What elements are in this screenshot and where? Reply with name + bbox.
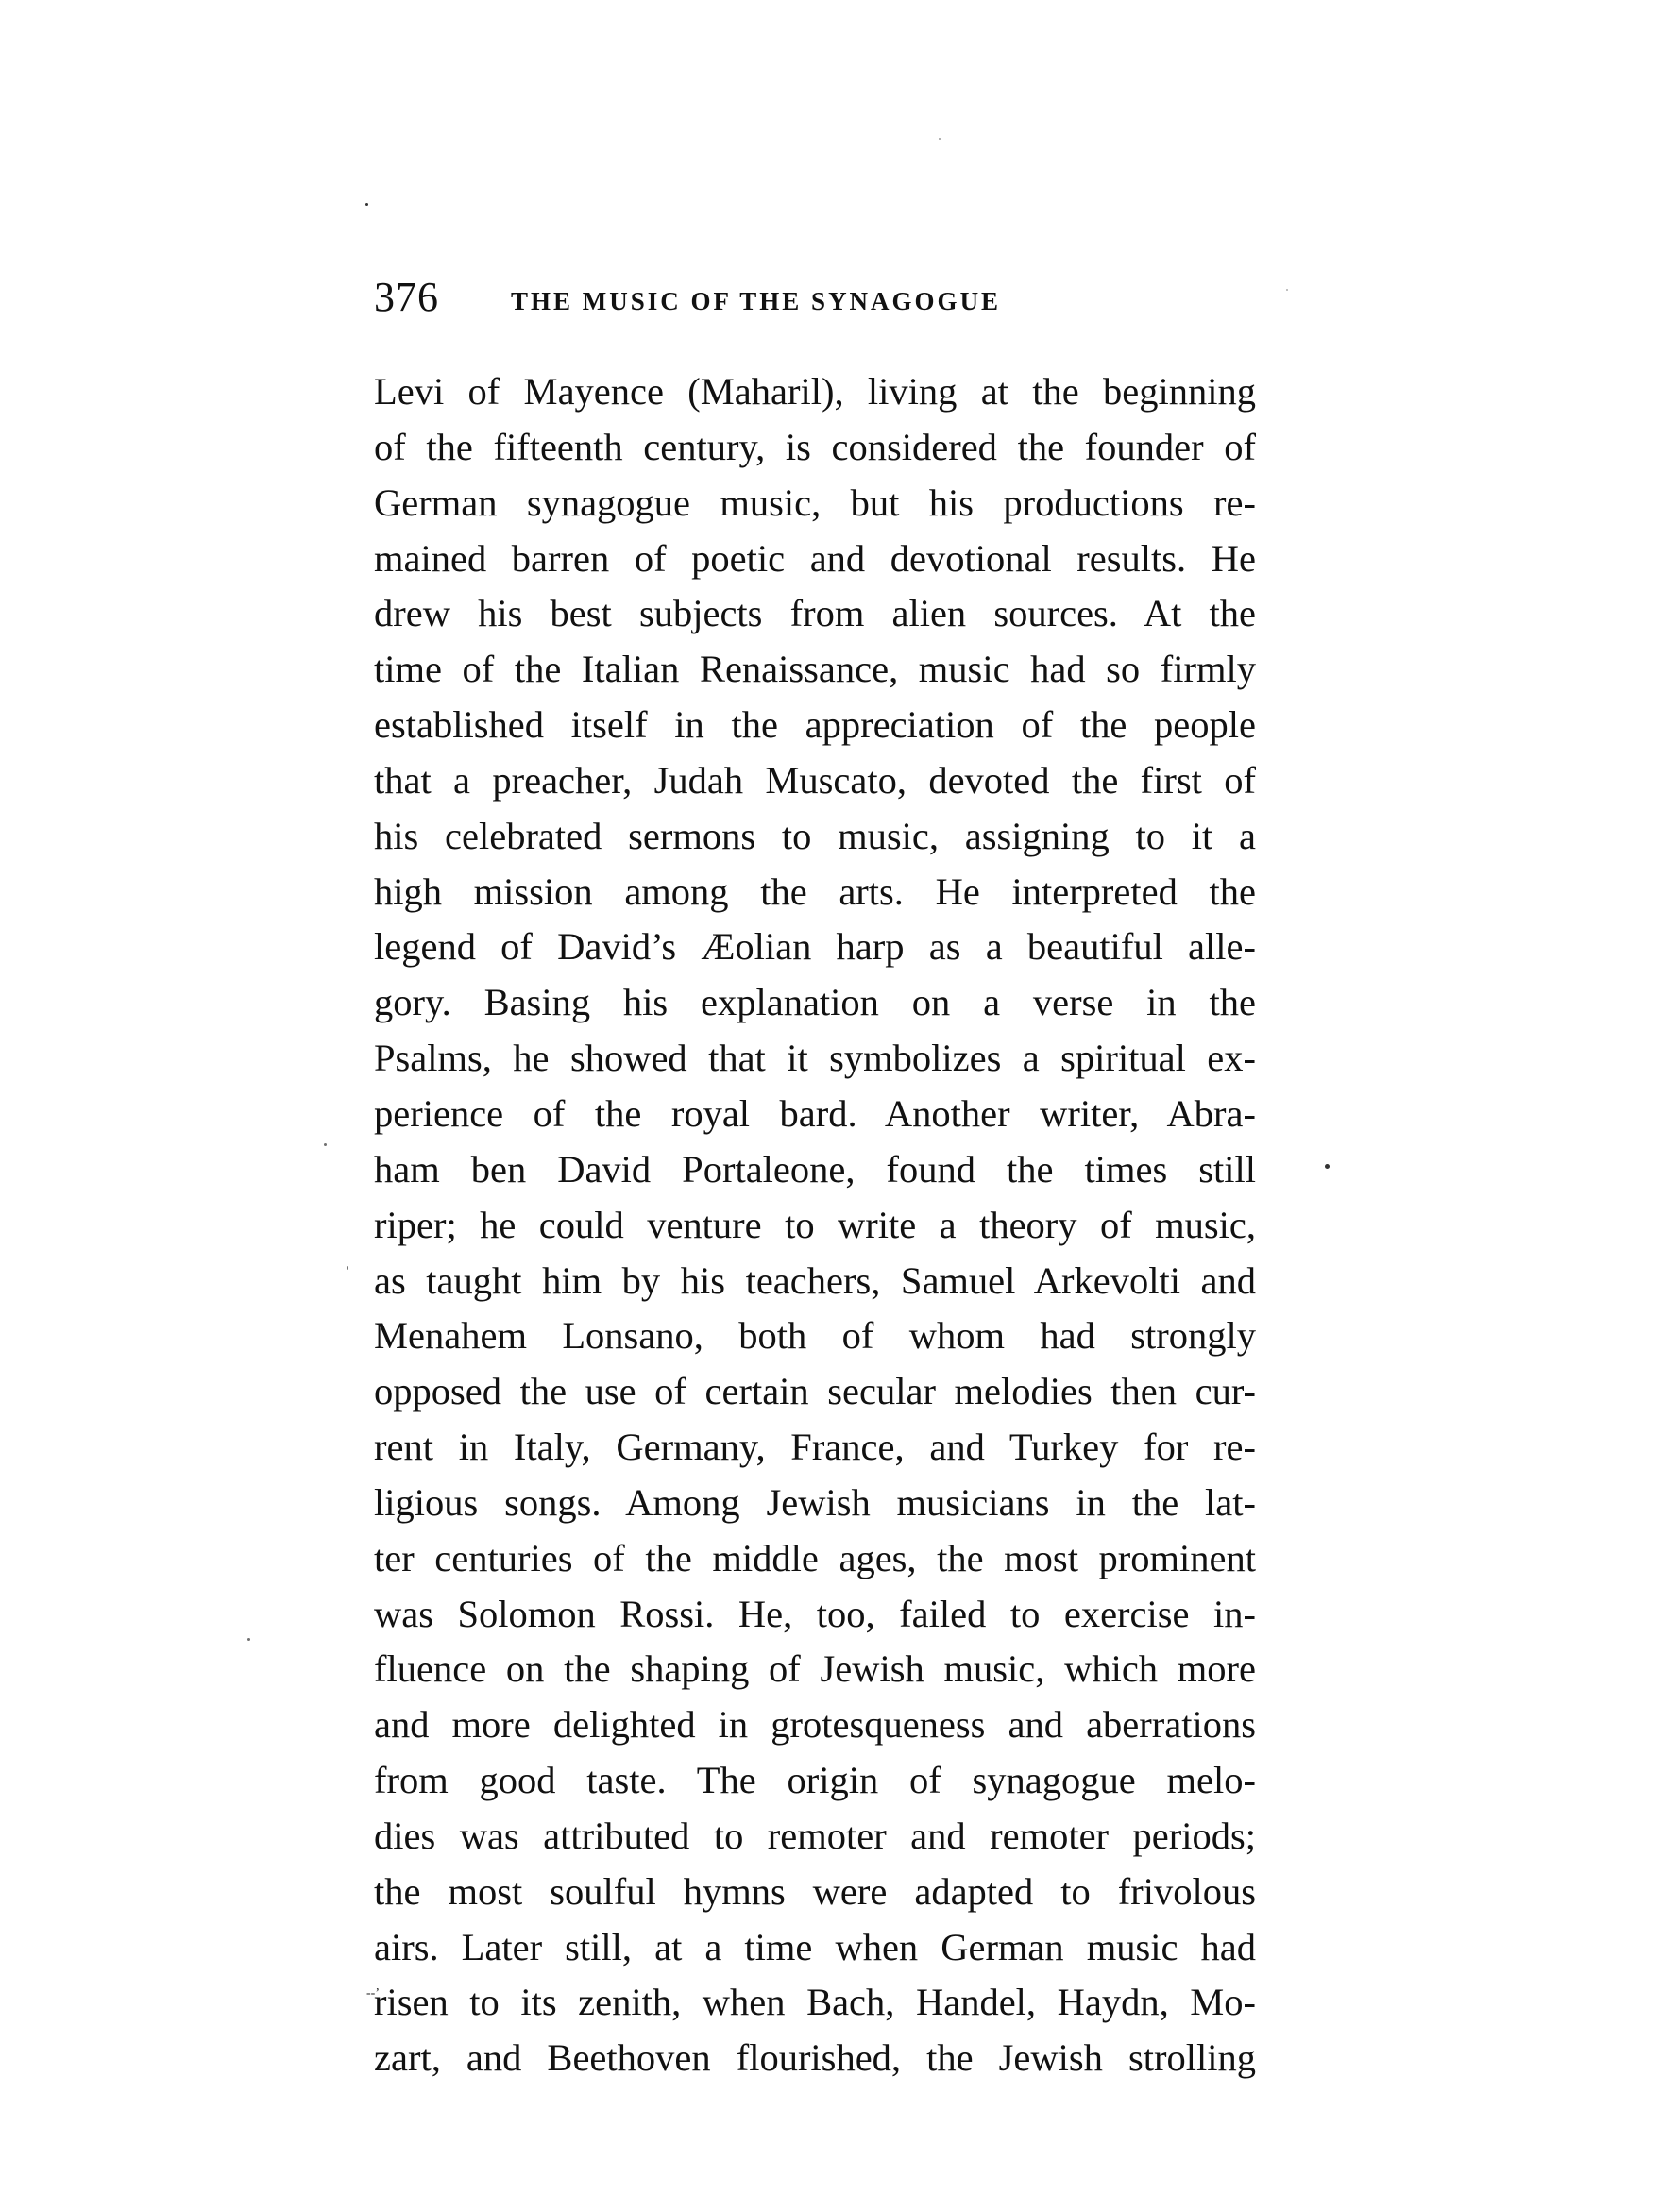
text-line: of the fifteenth century, is considered … bbox=[374, 420, 1256, 476]
text-line: that a preacher, Judah Muscato, devoted … bbox=[374, 753, 1256, 809]
text-line: Menahem Lonsano, both of whom had strong… bbox=[374, 1309, 1256, 1364]
text-line: dies was attributed to remoter and remot… bbox=[374, 1809, 1256, 1865]
text-line: Psalms, he showed that it symbolizes a s… bbox=[374, 1031, 1256, 1087]
text-line: riper; he could venture to write a theor… bbox=[374, 1198, 1256, 1254]
text-line: ligious songs. Among Jewish musicians in… bbox=[374, 1476, 1256, 1531]
text-line: from good taste. The origin of synagogue… bbox=[374, 1753, 1256, 1809]
text-line: time of the Italian Renaissance, music h… bbox=[374, 642, 1256, 698]
text-line: his celebrated sermons to music, assigni… bbox=[374, 809, 1256, 865]
text-line: rent in Italy, Germany, France, and Turk… bbox=[374, 1420, 1256, 1476]
text-line: the most soulful hymns were adapted to f… bbox=[374, 1865, 1256, 1920]
running-title: THE MUSIC OF THE SYNAGOGUE bbox=[511, 275, 1001, 328]
running-head: 376 THE MUSIC OF THE SYNAGOGUE bbox=[374, 269, 1262, 326]
body-paragraph: Levi of Mayence (Maharil), living at the… bbox=[374, 364, 1256, 2086]
scan-speck bbox=[939, 138, 941, 140]
text-line: mained barren of poetic and devotional r… bbox=[374, 532, 1256, 587]
scan-speck bbox=[247, 1638, 250, 1641]
text-line: as taught him by his teachers, Samuel Ar… bbox=[374, 1254, 1256, 1309]
text-line: high mission among the arts. He interpre… bbox=[374, 865, 1256, 920]
text-line: German synagogue music, but his producti… bbox=[374, 476, 1256, 532]
book-page: 376 THE MUSIC OF THE SYNAGOGUE Levi of M… bbox=[0, 0, 1661, 2212]
scan-speck bbox=[1286, 289, 1288, 291]
text-line: and more delighted in grotesqueness and … bbox=[374, 1697, 1256, 1753]
text-line: gory. Basing his explanation on a verse … bbox=[374, 975, 1256, 1031]
text-line: legend of David’s Æolian harp as a beaut… bbox=[374, 920, 1256, 975]
page-number: 376 bbox=[374, 269, 439, 326]
scan-speck bbox=[1325, 1164, 1330, 1169]
text-line: Levi of Mayence (Maharil), living at the… bbox=[374, 364, 1256, 420]
text-line: perience of the royal bard. Another writ… bbox=[374, 1087, 1256, 1142]
text-line: ter centuries of the middle ages, the mo… bbox=[374, 1531, 1256, 1587]
text-line: fluence on the shaping of Jewish music, … bbox=[374, 1642, 1256, 1697]
text-line: zart, and Beethoven flourished, the Jewi… bbox=[374, 2031, 1256, 2086]
text-line: opposed the use of certain secular melod… bbox=[374, 1364, 1256, 1420]
scan-speck bbox=[365, 203, 368, 206]
text-line: drew his best subjects from alien source… bbox=[374, 586, 1256, 642]
text-line: was Solomon Rossi. He, too, failed to ex… bbox=[374, 1587, 1256, 1643]
scan-speck bbox=[347, 1266, 348, 1270]
scan-speck bbox=[324, 1143, 327, 1146]
scan-mark: --ʼ bbox=[366, 1990, 385, 1998]
text-line: airs. Later still, at a time when German… bbox=[374, 1920, 1256, 1976]
text-line: risen to its zenith, when Bach, Handel, … bbox=[374, 1975, 1256, 2031]
text-line: established itself in the appreciation o… bbox=[374, 698, 1256, 753]
text-line: ham ben David Portaleone, found the time… bbox=[374, 1142, 1256, 1198]
